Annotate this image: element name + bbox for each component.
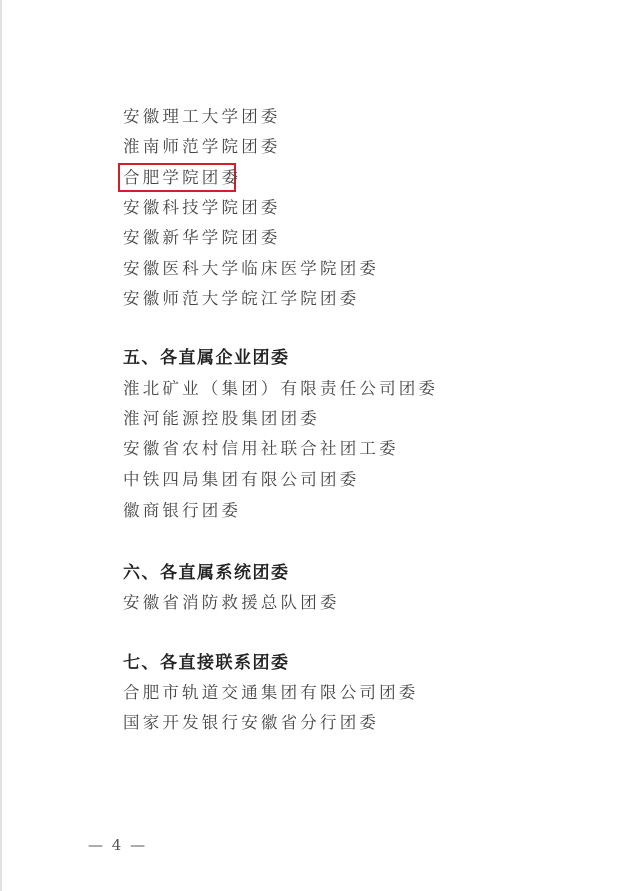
section-heading: 五、各直属企业团委 bbox=[123, 347, 290, 369]
list-item: 淮河能源控股集团团委 bbox=[123, 408, 320, 430]
list-item: 淮南师范学院团委 bbox=[123, 136, 281, 158]
page-number: — 4 — bbox=[88, 836, 147, 854]
list-item: 徽商银行团委 bbox=[123, 500, 241, 522]
list-item: 淮北矿业（集团）有限责任公司团委 bbox=[123, 378, 438, 400]
list-item: 安徽医科大学临床医学院团委 bbox=[123, 258, 379, 280]
list-item: 合肥市轨道交通集团有限公司团委 bbox=[123, 682, 419, 704]
list-item: 安徽师范大学皖江学院团委 bbox=[123, 288, 359, 310]
section-heading: 七、各直接联系团委 bbox=[123, 652, 290, 674]
list-item: 国家开发银行安徽省分行团委 bbox=[123, 712, 379, 734]
list-item: 安徽省农村信用社联合社团工委 bbox=[123, 438, 399, 460]
list-item: 中铁四局集团有限公司团委 bbox=[123, 469, 359, 491]
list-item-highlighted: 合肥学院团委 bbox=[123, 167, 241, 189]
list-item: 安徽省消防救援总队团委 bbox=[123, 592, 340, 614]
page-edge bbox=[0, 0, 2, 891]
list-item: 安徽科技学院团委 bbox=[123, 197, 281, 219]
list-item: 安徽理工大学团委 bbox=[123, 106, 281, 128]
list-item: 安徽新华学院团委 bbox=[123, 227, 281, 249]
section-heading: 六、各直属系统团委 bbox=[123, 562, 290, 584]
